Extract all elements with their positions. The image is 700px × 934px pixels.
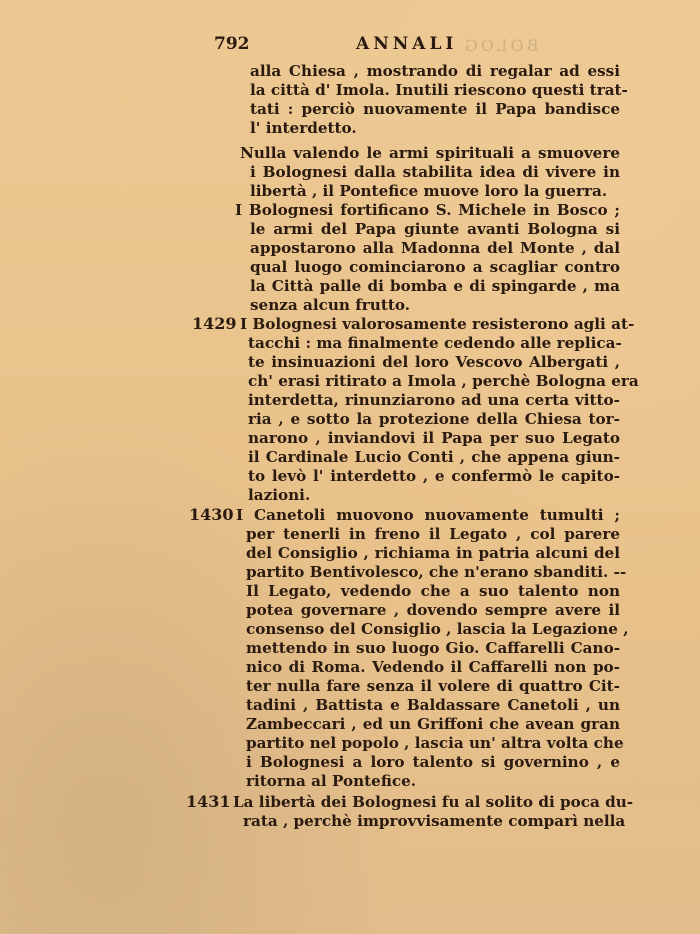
text-line: senza alcun frutto. — [250, 296, 620, 315]
text-line: interdetta, rinunziarono ad una certa vi… — [248, 391, 620, 410]
text-line: Zambeccari , ed un Griffoni che avean gr… — [246, 715, 620, 734]
text-line: ch' erasi ritirato a Imola , perchè Bolo… — [248, 372, 620, 391]
text-line: appostarono alla Madonna del Monte , dal — [250, 239, 620, 258]
text-line: il Cardinale Lucio Conti , che appena gi… — [248, 448, 620, 467]
text-line: to levò l' interdetto , e confermò le ca… — [248, 467, 620, 486]
text-line: rata , perchè improvvisamente comparì ne… — [243, 812, 618, 831]
text-line: le armi del Papa giunte avanti Bologna s… — [250, 220, 620, 239]
text-line: I Canetoli muovono nuovamente tumulti ; — [236, 506, 620, 525]
text-line: del Consiglio , richiama in patria alcun… — [246, 544, 620, 563]
text-line: tacchi : ma finalmente cedendo alle repl… — [248, 334, 620, 353]
page-header: 792 ANNALI BOLOG — [0, 34, 700, 56]
text-line: partito Bentivolesco, che n'erano sbandi… — [246, 563, 620, 582]
text-line: potea governare , dovendo sempre avere i… — [246, 601, 620, 620]
text-line: la città d' Imola. Inutili riescono ques… — [250, 81, 620, 100]
text-line: La libertà dei Bolognesi fu al solito di… — [233, 793, 618, 812]
text-line: i Bolognesi a loro talento si governino … — [246, 753, 620, 772]
year-label: 1429 — [192, 314, 237, 333]
text-line: ter nulla fare senza il volere di quattr… — [246, 677, 620, 696]
text-line: consenso del Consiglio , lascia la Legaz… — [246, 620, 620, 639]
running-head: ANNALI — [356, 34, 457, 54]
text-line: ritorna al Pontefice. — [246, 772, 620, 791]
text-line: per tenerli in freno il Legato , col par… — [246, 525, 620, 544]
book-page: 792 ANNALI BOLOG alla Chiesa , mostrando… — [0, 0, 700, 934]
text-line: nico di Roma. Vedendo il Caffarelli non … — [246, 658, 620, 677]
text-line: I Bolognesi fortificano S. Michele in Bo… — [235, 201, 620, 220]
year-label: 1431 — [186, 792, 231, 811]
text-line: tadini , Battista e Baldassare Canetoli … — [246, 696, 620, 715]
text-line: ria , e sotto la protezione della Chiesa… — [248, 410, 620, 429]
text-line: partito nel popolo , lascia un' altra vo… — [246, 734, 620, 753]
text-line: te insinuazioni del loro Vescovo Alberga… — [248, 353, 620, 372]
text-line: alla Chiesa , mostrando di regalar ad es… — [250, 62, 620, 81]
text-line: libertà , il Pontefice muove loro la gue… — [250, 182, 620, 201]
text-line: Il Legato, vedendo che a suo talento non — [246, 582, 620, 601]
page-number: 792 — [214, 34, 250, 54]
text-line: la Città palle di bomba e di spingarde ,… — [250, 277, 620, 296]
text-line: qual luogo cominciarono a scagliar contr… — [250, 258, 620, 277]
text-line: I Bolognesi valorosamente resisterono ag… — [240, 315, 620, 334]
text-line: mettendo in suo luogo Gio. Caffarelli Ca… — [246, 639, 620, 658]
text-line: narono , inviandovi il Papa per suo Lega… — [248, 429, 620, 448]
text-line: lazioni. — [248, 486, 620, 505]
text-line: l' interdetto. — [250, 119, 620, 138]
text-line: i Bolognesi dalla stabilita idea di vive… — [250, 163, 620, 182]
text-line: Nulla valendo le armi spirituali a smuov… — [240, 144, 620, 163]
text-line: tati : perciò nuovamente il Papa bandisc… — [250, 100, 620, 119]
year-label: 1430 — [189, 505, 234, 524]
bleed-through-text: BOLOG — [462, 36, 539, 55]
